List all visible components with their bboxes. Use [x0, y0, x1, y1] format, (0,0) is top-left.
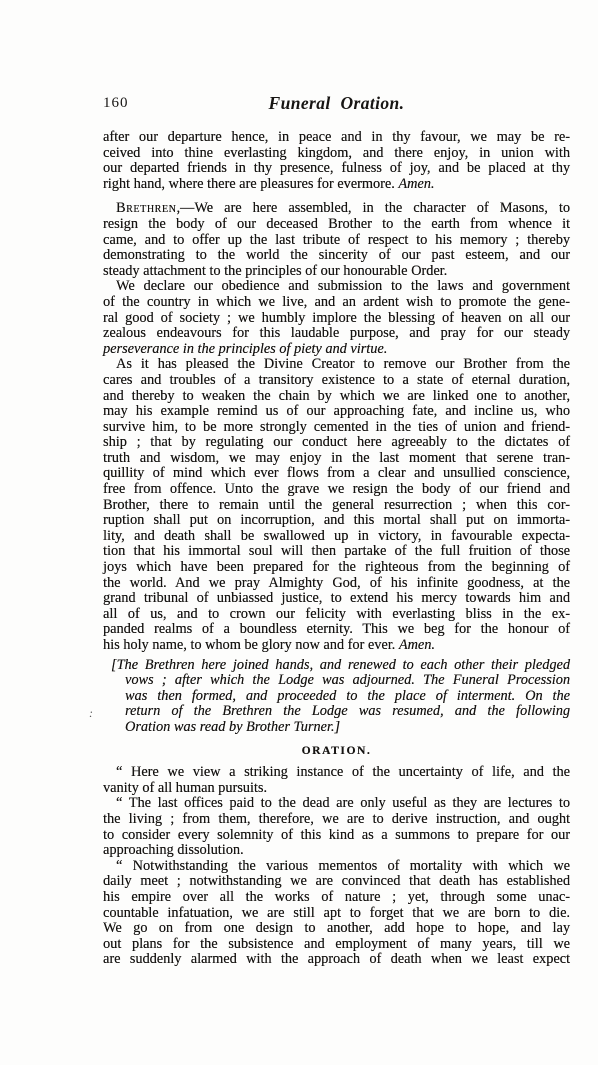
- text-line: ral good of society ; we humbly implore …: [103, 311, 570, 327]
- text-line: are suddenly alarmed with the approach o…: [103, 952, 570, 968]
- text-line: perseverance in the principles of piety …: [103, 342, 570, 358]
- text-line: out plans for the subsistence and employ…: [103, 937, 570, 953]
- text-line: return of the Brethren the Lodge was res…: [125, 704, 570, 720]
- text-line: quillity of mind which ever flows from a…: [103, 466, 570, 482]
- text-segment: after our departure hence, in peace and …: [103, 129, 570, 145]
- text-segment: ceived into thine everlasting kingdom, a…: [103, 145, 570, 161]
- text-line: We go on from one design to another, add…: [103, 921, 570, 937]
- text-segment: panded realms of a boundless eternity. T…: [103, 621, 570, 637]
- text-line: demonstrating to the world the sincerity…: [103, 248, 570, 264]
- text-line: “ The last offices paid to the dead are …: [103, 796, 570, 812]
- text-line: panded realms of a boundless eternity. T…: [103, 622, 570, 638]
- text-segment: all of us, and to crown our felicity wit…: [103, 606, 570, 622]
- text-line: survive him, to be more strongly cemente…: [103, 420, 570, 436]
- text-line: daily meet ; notwithstanding we are conv…: [103, 874, 570, 890]
- text-segment: steady attachment to the principles of o…: [103, 263, 447, 279]
- text-line: right hand, where there are pleasures fo…: [103, 177, 570, 193]
- text-line: approaching dissolution.: [103, 843, 570, 859]
- text-line: the living ; from them, therefore, we ar…: [103, 812, 570, 828]
- text-line: his empire over all the works of nature …: [103, 890, 570, 906]
- text-segment: tion that his immortal soul will then pa…: [103, 543, 570, 559]
- text-segment: resign the body of our deceased Brother …: [103, 216, 570, 232]
- text-line: lity, and death shall be swallowed up in…: [103, 529, 570, 545]
- text-segment: ship ; that by regulating our conduct he…: [103, 434, 570, 450]
- text-segment: ral good of society ; we humbly implore …: [103, 310, 570, 326]
- page-number: 160: [103, 95, 129, 112]
- text-line: ship ; that by regulating our conduct he…: [103, 435, 570, 451]
- text-segment: vanity of all human pursuits.: [103, 780, 267, 796]
- text-line: the world. And we pray Almighty God, of …: [103, 576, 570, 592]
- text-line: of the country in which we live, and an …: [103, 295, 570, 311]
- text-segment: countable infatuation, we are still apt …: [103, 905, 570, 921]
- text-segment: perseverance in the principles of piety …: [103, 341, 387, 357]
- text-segment: As it has pleased the Divine Creator to …: [116, 356, 570, 372]
- text-segment: ruption shall put on incorruption, and t…: [103, 512, 570, 528]
- text-segment: of the country in which we live, and an …: [103, 294, 570, 310]
- text-segment: came, and to offer up the last tribute o…: [103, 232, 570, 248]
- text-line: tion that his immortal soul will then pa…: [103, 544, 570, 560]
- text-line: steady attachment to the principles of o…: [103, 264, 570, 280]
- text-line: free from offence. Unto the grave we res…: [103, 482, 570, 498]
- text-segment: Oration was read by Brother Turner.]: [125, 719, 340, 735]
- text-segment: his holy name, to whom be glory now and …: [103, 637, 399, 653]
- paragraph: “ Here we view a striking instance of th…: [103, 765, 570, 796]
- paragraph: “ The last offices paid to the dead are …: [103, 796, 570, 858]
- text-segment: may his example remind us of our approac…: [103, 403, 570, 419]
- text-segment: ,—We are here assembled, in the characte…: [176, 200, 570, 216]
- text-segment: zealous endeavours for this laudable pur…: [103, 325, 570, 341]
- page-header: 160 Funeral Oration.: [103, 93, 570, 117]
- text-line: grand tribunal of unbiassed justice, to …: [103, 591, 570, 607]
- text-line: resign the body of our deceased Brother …: [103, 217, 570, 233]
- text-line: truth and wisdom, we may enjoy in the la…: [103, 451, 570, 467]
- paragraph: [The Brethren here joined hands, and ren…: [103, 658, 570, 736]
- scanned-book-page: 160 Funeral Oration. after our departure…: [0, 0, 598, 1065]
- text-line: and thereby to weaken the chain by which…: [103, 389, 570, 405]
- text-segment: survive him, to be more strongly cemente…: [103, 419, 570, 435]
- text-segment: his empire over all the works of nature …: [103, 889, 570, 905]
- text-segment: our departed friends in thy presence, fu…: [103, 160, 570, 176]
- text-segment: was then formed, and proceeded to the pl…: [125, 688, 570, 704]
- paragraph: after our departure hence, in peace and …: [103, 130, 570, 192]
- text-line: [The Brethren here joined hands, and ren…: [125, 658, 570, 674]
- text-segment: return of the Brethren the Lodge was res…: [125, 703, 570, 719]
- text-line: our departed friends in thy presence, fu…: [103, 161, 570, 177]
- text-segment: Amen.: [398, 176, 434, 192]
- text-line: “ Here we view a striking instance of th…: [103, 765, 570, 781]
- text-line: “ Notwithstanding the various mementos o…: [103, 859, 570, 875]
- text-line: Oration was read by Brother Turner.]: [125, 720, 570, 736]
- page-body: after our departure hence, in peace and …: [103, 130, 570, 968]
- text-line: ceived into thine everlasting kingdom, a…: [103, 146, 570, 162]
- text-line: all of us, and to crown our felicity wit…: [103, 607, 570, 623]
- paragraph: Brethren,—We are here assembled, in the …: [103, 201, 570, 279]
- text-segment: joys which have been prepared for the ri…: [103, 559, 570, 575]
- text-segment: cares and troubles of a transitory exist…: [103, 372, 570, 388]
- text-segment: truth and wisdom, we may enjoy in the la…: [103, 450, 570, 466]
- text-segment: We declare our obedience and submission …: [116, 278, 570, 294]
- text-segment: quillity of mind which ever flows from a…: [103, 465, 570, 481]
- text-segment: grand tribunal of unbiassed justice, to …: [103, 590, 570, 606]
- text-line: We declare our obedience and submission …: [103, 279, 570, 295]
- text-segment: Brethren: [116, 200, 176, 216]
- text-line: ORATION.: [103, 744, 570, 760]
- text-segment: are suddenly alarmed with the approach o…: [103, 951, 570, 967]
- text-line: Brother, there to remain until the gener…: [103, 498, 570, 514]
- text-segment: We go on from one design to another, add…: [103, 920, 570, 936]
- text-segment: and thereby to weaken the chain by which…: [103, 388, 570, 404]
- text-segment: “ The last offices paid to the dead are …: [116, 795, 570, 811]
- text-segment: approaching dissolution.: [103, 842, 244, 858]
- text-segment: ORATION.: [302, 745, 372, 757]
- text-line: after our departure hence, in peace and …: [103, 130, 570, 146]
- text-segment: “ Notwithstanding the various mementos o…: [116, 858, 570, 874]
- paragraph: As it has pleased the Divine Creator to …: [103, 357, 570, 653]
- text-segment: “ Here we view a striking instance of th…: [116, 764, 570, 780]
- text-line: cares and troubles of a transitory exist…: [103, 373, 570, 389]
- text-segment: free from offence. Unto the grave we res…: [103, 481, 570, 497]
- text-line: his holy name, to whom be glory now and …: [103, 638, 570, 654]
- text-line: was then formed, and proceeded to the pl…: [125, 689, 570, 705]
- text-line: Brethren,—We are here assembled, in the …: [103, 201, 570, 217]
- text-segment: vows ; after which the Lodge was adjourn…: [125, 672, 570, 688]
- text-line: vanity of all human pursuits.: [103, 781, 570, 797]
- text-line: zealous endeavours for this laudable pur…: [103, 326, 570, 342]
- text-segment: out plans for the subsistence and employ…: [103, 936, 570, 952]
- text-segment: to consider every solemnity of this kind…: [103, 827, 570, 843]
- text-segment: daily meet ; notwithstanding we are conv…: [103, 873, 570, 889]
- margin-artifact-colon: :: [89, 706, 93, 721]
- text-line: countable infatuation, we are still apt …: [103, 906, 570, 922]
- text-line: As it has pleased the Divine Creator to …: [103, 357, 570, 373]
- section-heading: ORATION.: [103, 744, 570, 760]
- text-segment: the living ; from them, therefore, we ar…: [103, 811, 570, 827]
- text-line: vows ; after which the Lodge was adjourn…: [125, 673, 570, 689]
- text-line: ruption shall put on incorruption, and t…: [103, 513, 570, 529]
- text-segment: the world. And we pray Almighty God, of …: [103, 575, 570, 591]
- text-segment: demonstrating to the world the sincerity…: [103, 247, 570, 263]
- text-segment: Amen.: [399, 637, 435, 653]
- text-line: came, and to offer up the last tribute o…: [103, 233, 570, 249]
- text-line: may his example remind us of our approac…: [103, 404, 570, 420]
- text-segment: Brother, there to remain until the gener…: [103, 497, 570, 513]
- text-segment: lity, and death shall be swallowed up in…: [103, 528, 570, 544]
- paragraph: “ Notwithstanding the various mementos o…: [103, 859, 570, 968]
- text-line: joys which have been prepared for the ri…: [103, 560, 570, 576]
- text-line: to consider every solemnity of this kind…: [103, 828, 570, 844]
- paragraph: We declare our obedience and submission …: [103, 279, 570, 357]
- text-segment: right hand, where there are pleasures fo…: [103, 176, 398, 192]
- running-head-title: Funeral Oration.: [103, 93, 570, 114]
- text-segment: [The Brethren here joined hands, and ren…: [111, 657, 570, 673]
